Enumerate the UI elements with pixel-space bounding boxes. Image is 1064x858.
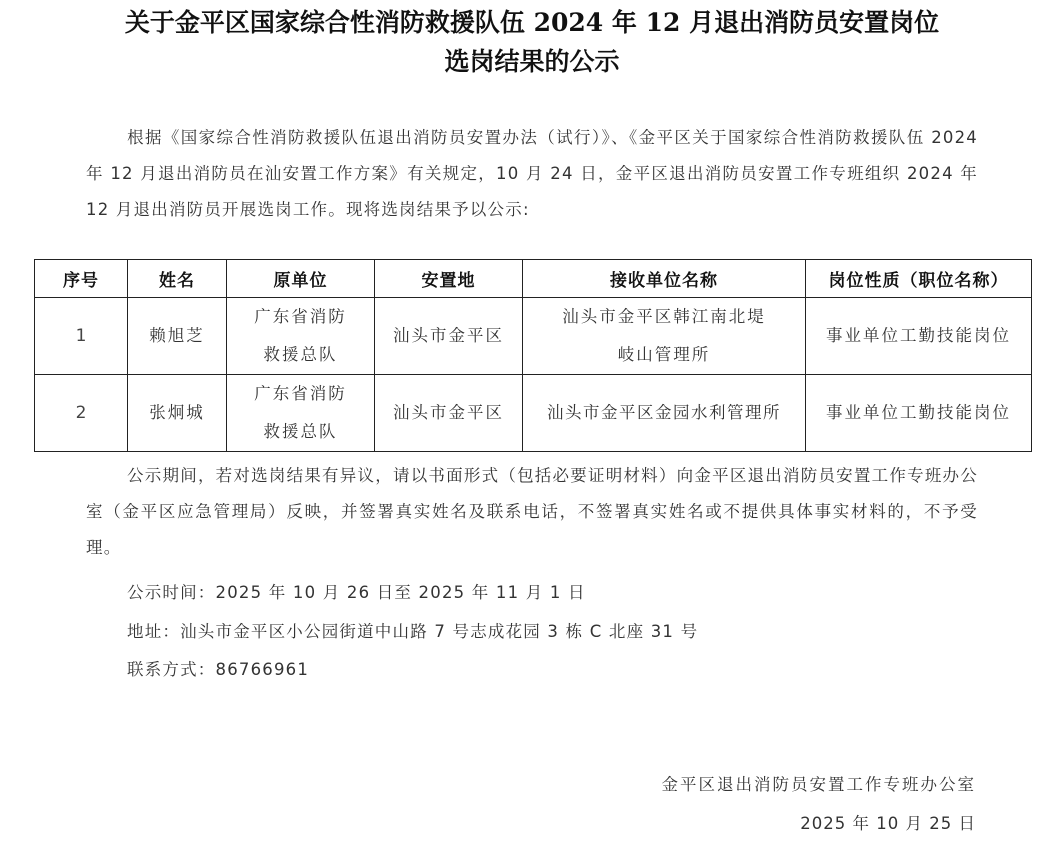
- cell-original-unit: 广东省消防救援总队: [227, 298, 375, 375]
- contact-info: 联系方式：86766961: [127, 656, 309, 680]
- cell-receiving-unit: 汕头市金平区金园水利管理所: [523, 375, 806, 452]
- cell-placement: 汕头市金平区: [375, 375, 523, 452]
- header-original-unit: 原单位: [227, 260, 375, 298]
- intro-paragraph: 根据《国家综合性消防救援队伍退出消防员安置办法（试行）》、《金平区关于国家综合性…: [86, 120, 978, 228]
- document-title-line-2: 选岗结果的公示: [0, 42, 1064, 78]
- cell-original-unit: 广东省消防救援总队: [227, 375, 375, 452]
- table-row: 1 赖旭芝 广东省消防救援总队 汕头市金平区 汕头市金平区韩江南北堤岐山管理所 …: [35, 298, 1032, 375]
- cell-receiving-unit: 汕头市金平区韩江南北堤岐山管理所: [523, 298, 806, 375]
- cell-position: 事业单位工勤技能岗位: [806, 298, 1032, 375]
- cell-text: 广东省消防: [231, 375, 370, 413]
- objection-text: 公示期间，若对选岗结果有异议，请以书面形式（包括必要证明材料）向金平区退出消防员…: [86, 466, 978, 557]
- cell-name: 赖旭芝: [128, 298, 227, 375]
- cell-text: 广东省消防: [231, 298, 370, 336]
- objection-paragraph: 公示期间，若对选岗结果有异议，请以书面形式（包括必要证明材料）向金平区退出消防员…: [86, 458, 978, 566]
- table-header-row: 序号 姓名 原单位 安置地 接收单位名称 岗位性质（职位名称）: [35, 260, 1032, 298]
- signature-organization: 金平区退出消防员安置工作专班办公室: [662, 771, 977, 795]
- header-name: 姓名: [128, 260, 227, 298]
- header-position: 岗位性质（职位名称）: [806, 260, 1032, 298]
- cell-text: 救援总队: [231, 336, 370, 374]
- cell-index: 2: [35, 375, 128, 452]
- header-receiving-unit: 接收单位名称: [523, 260, 806, 298]
- cell-index: 1: [35, 298, 128, 375]
- intro-text: 根据《国家综合性消防救援队伍退出消防员安置办法（试行）》、《金平区关于国家综合性…: [86, 128, 978, 219]
- publicity-period: 公示时间：2025 年 10 月 26 日至 2025 年 11 月 1 日: [127, 579, 586, 603]
- cell-text: 救援总队: [231, 413, 370, 451]
- address: 地址：汕头市金平区小公园街道中山路 7 号志成花园 3 栋 C 北座 31 号: [127, 618, 698, 642]
- document-title-line-1: 关于金平区国家综合性消防救援队伍 2024 年 12 月退出消防员安置岗位: [0, 3, 1064, 39]
- cell-name: 张炯城: [128, 375, 227, 452]
- table-row: 2 张炯城 广东省消防救援总队 汕头市金平区 汕头市金平区金园水利管理所 事业单…: [35, 375, 1032, 452]
- cell-text: 汕头市金平区韩江南北堤: [527, 298, 801, 336]
- signature-date: 2025 年 10 月 25 日: [800, 810, 976, 834]
- cell-position: 事业单位工勤技能岗位: [806, 375, 1032, 452]
- cell-placement: 汕头市金平区: [375, 298, 523, 375]
- header-index: 序号: [35, 260, 128, 298]
- results-table: 序号 姓名 原单位 安置地 接收单位名称 岗位性质（职位名称） 1 赖旭芝 广东…: [34, 259, 1032, 452]
- header-placement: 安置地: [375, 260, 523, 298]
- cell-text: 岐山管理所: [527, 336, 801, 374]
